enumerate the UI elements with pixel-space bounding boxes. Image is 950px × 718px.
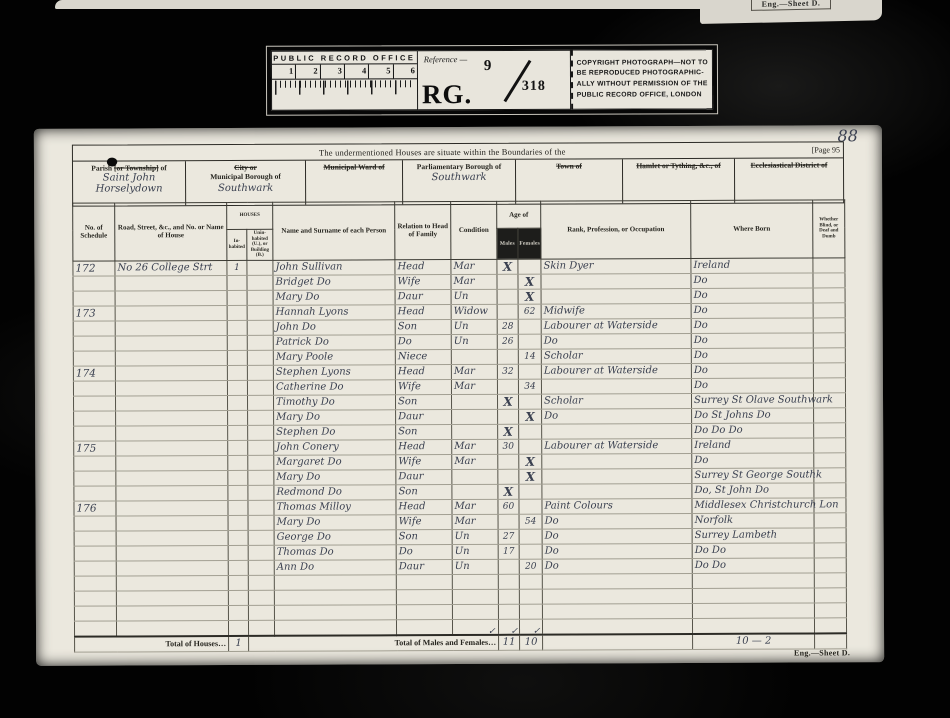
cell-age-female bbox=[519, 574, 542, 589]
cell-condition bbox=[452, 394, 498, 409]
cell-address bbox=[116, 410, 228, 425]
cell-age-female bbox=[518, 259, 541, 274]
cell-occupation bbox=[541, 288, 691, 304]
cell-schedule: 172 bbox=[73, 261, 115, 276]
cell-name: Margaret Do bbox=[274, 454, 396, 470]
cell-schedule: 175 bbox=[74, 440, 116, 455]
cell-schedule bbox=[73, 290, 115, 305]
cell-uninhabited bbox=[248, 590, 274, 605]
cell-schedule bbox=[74, 470, 116, 485]
cell-inhabited bbox=[228, 530, 248, 545]
cell-uninhabited bbox=[247, 320, 273, 335]
cell-age-male: 60 bbox=[498, 499, 519, 514]
cell-inhabited bbox=[228, 485, 248, 500]
cell-name: Redmond Do bbox=[274, 484, 396, 500]
cell-uninhabited bbox=[247, 335, 273, 350]
page-label: [Page 95 bbox=[812, 145, 840, 154]
district-value: Southwark bbox=[186, 182, 305, 194]
cell-age-male bbox=[498, 589, 519, 604]
cell-age-female: 54 bbox=[519, 514, 542, 529]
cell-age-male: 28 bbox=[497, 319, 518, 334]
cell-age-male bbox=[498, 604, 519, 619]
cell-born: Do Do Do bbox=[692, 422, 814, 438]
cell-condition bbox=[452, 409, 498, 424]
copyright-line: PUBLIC RECORD OFFICE, LONDON bbox=[577, 90, 708, 101]
copyright-line: COPYRIGHT PHOTOGRAPH—NOT TO bbox=[577, 58, 708, 69]
cell-born bbox=[692, 617, 814, 633]
totals-row: Total of Houses… 1 Total of Males and Fe… bbox=[75, 633, 847, 652]
cell-name: Ann Do bbox=[274, 559, 396, 575]
cell-age-female bbox=[519, 484, 542, 499]
cell-condition: Mar bbox=[451, 259, 497, 274]
cell-relation: Wife bbox=[395, 379, 451, 394]
series-code: RG. bbox=[422, 81, 472, 108]
cell-blind bbox=[814, 527, 846, 542]
pro-ruler: PUBLIC RECORD OFFICE 1 2 3 4 5 6 bbox=[271, 50, 418, 111]
cell-age-male: X bbox=[498, 394, 519, 409]
cell-age-male bbox=[498, 514, 519, 529]
district-label: Municipal Borough of bbox=[210, 172, 281, 181]
cell-born: Do bbox=[691, 317, 813, 333]
tick-marks: ✓ ✓ ✓ bbox=[488, 627, 546, 637]
cell-condition: Un bbox=[452, 529, 498, 544]
cell-relation: Son bbox=[396, 394, 452, 409]
adjacent-sheet-corner: Eng.—Sheet D. bbox=[700, 0, 882, 24]
cell-uninhabited bbox=[248, 575, 274, 590]
cell-born: Do bbox=[691, 332, 813, 348]
cell-age-female: X bbox=[518, 289, 541, 304]
cell-age-male bbox=[497, 289, 518, 304]
cell-condition: Mar bbox=[452, 439, 498, 454]
cell-age-female bbox=[519, 544, 542, 559]
cell-blind bbox=[813, 257, 845, 272]
cell-condition bbox=[452, 574, 498, 589]
cell-condition: Mar bbox=[452, 499, 498, 514]
ruler-number: 5 bbox=[369, 64, 393, 78]
cell-blind bbox=[814, 542, 846, 557]
cell-schedule: 174 bbox=[73, 365, 115, 380]
cell-occupation: Do bbox=[542, 513, 692, 529]
district-parliamentary: Parliamentary Borough of Southwark bbox=[403, 160, 516, 204]
cell-born: Ireland bbox=[691, 257, 813, 273]
copyright-notice: COPYRIGHT PHOTOGRAPH—NOT TO BE REPRODUCE… bbox=[571, 49, 714, 109]
census-table: No. of Schedule Road, Street, &c., and N… bbox=[72, 199, 847, 652]
cell-relation: Son bbox=[396, 424, 452, 439]
cell-schedule bbox=[73, 275, 115, 290]
cell-address bbox=[116, 440, 228, 455]
cell-born: Ireland bbox=[692, 437, 814, 453]
col-schedule: No. of Schedule bbox=[73, 203, 115, 261]
cell-address bbox=[116, 620, 228, 636]
cell-age-female: 34 bbox=[518, 379, 541, 394]
cell-relation: Head bbox=[395, 259, 451, 274]
ruler-ticks bbox=[275, 80, 414, 106]
cell-age-male: X bbox=[497, 259, 518, 274]
cell-occupation bbox=[542, 588, 692, 604]
cell-schedule bbox=[74, 560, 116, 575]
cell-blind bbox=[814, 587, 846, 602]
district-label-struck: Municipal Ward of bbox=[306, 162, 402, 172]
cell-blind bbox=[814, 572, 846, 587]
col-occupation: Rank, Profession, or Occupation bbox=[541, 200, 691, 258]
cell-born: Do bbox=[691, 362, 813, 378]
col-females: Females bbox=[518, 228, 541, 259]
cell-relation: Head bbox=[395, 364, 451, 379]
total-mf-label: Total of Males and Females… bbox=[249, 634, 499, 651]
cell-address bbox=[116, 455, 228, 470]
cell-relation: Do bbox=[395, 334, 451, 349]
cell-inhabited bbox=[228, 455, 248, 470]
cell-address bbox=[115, 335, 227, 350]
cell-age-male bbox=[498, 559, 519, 574]
district-label: Parliamentary Borough of bbox=[403, 162, 515, 172]
cell-born: Do bbox=[691, 377, 813, 393]
cell-inhabited bbox=[228, 590, 248, 605]
cell-relation: Daur bbox=[396, 559, 452, 574]
cell-name: Stephen Lyons bbox=[273, 364, 395, 380]
cell-schedule bbox=[74, 425, 116, 440]
district-value: Saint John Horselydown bbox=[73, 174, 185, 195]
adjacent-sheet-edge bbox=[55, 0, 703, 9]
cell-age-female bbox=[519, 529, 542, 544]
cell-age-male: 26 bbox=[497, 334, 518, 349]
cell-inhabited bbox=[228, 605, 248, 620]
cell-occupation bbox=[542, 453, 692, 469]
copyright-line: BE REPRODUCED PHOTOGRAPHIC- bbox=[577, 69, 708, 80]
cell-age-male bbox=[497, 349, 518, 364]
cell-uninhabited bbox=[248, 545, 274, 560]
census-page: 88 The undermentioned Houses are situate… bbox=[34, 125, 884, 666]
cell-schedule bbox=[74, 515, 116, 530]
cell-inhabited bbox=[228, 515, 248, 530]
cell-born: Norfolk bbox=[692, 512, 814, 528]
cell-occupation: Do bbox=[542, 408, 692, 424]
cell-blind bbox=[813, 317, 845, 332]
cell-inhabited bbox=[227, 305, 247, 320]
adjacent-sheet-label: Eng.—Sheet D. bbox=[751, 0, 832, 11]
cell-occupation bbox=[541, 273, 691, 289]
cell-schedule bbox=[73, 335, 115, 350]
district-town: Town of bbox=[516, 159, 623, 203]
cell-schedule bbox=[74, 620, 116, 636]
cell-age-female bbox=[518, 334, 541, 349]
cell-relation: Son bbox=[395, 319, 451, 334]
cell-age-male bbox=[498, 454, 519, 469]
cell-occupation: Midwife bbox=[541, 303, 691, 319]
cell-relation: Niece bbox=[395, 349, 451, 364]
cell-age-female bbox=[519, 439, 542, 454]
cell-occupation bbox=[542, 603, 692, 619]
cell-condition bbox=[452, 604, 498, 619]
district-ward: Municipal Ward of bbox=[306, 160, 403, 204]
cell-age-female bbox=[518, 364, 541, 379]
cell-inhabited bbox=[228, 440, 248, 455]
cell-name: Catherine Do bbox=[273, 379, 395, 395]
cell-blind bbox=[814, 512, 846, 527]
cell-blind bbox=[814, 407, 846, 422]
cell-address bbox=[115, 350, 227, 365]
cell-schedule bbox=[74, 545, 116, 560]
cell-name bbox=[274, 604, 396, 620]
cell-relation: Wife bbox=[396, 454, 452, 469]
cell-uninhabited bbox=[247, 350, 273, 365]
pro-office-title: PUBLIC RECORD OFFICE bbox=[272, 51, 417, 65]
cell-blind bbox=[813, 362, 845, 377]
col-relation: Relation to Head of Family bbox=[395, 202, 451, 260]
cell-occupation: Paint Colours bbox=[542, 498, 692, 514]
cell-name: Mary Do bbox=[273, 289, 395, 305]
cell-inhabited: 1 bbox=[227, 260, 247, 275]
cell-age-male bbox=[497, 304, 518, 319]
cell-uninhabited bbox=[248, 560, 274, 575]
cell-uninhabited bbox=[248, 455, 274, 470]
cell-uninhabited bbox=[248, 410, 274, 425]
cell-address bbox=[116, 560, 228, 575]
cell-schedule bbox=[74, 575, 116, 590]
cell-uninhabited bbox=[248, 440, 274, 455]
cell-uninhabited bbox=[247, 380, 273, 395]
cell-age-male: X bbox=[498, 484, 519, 499]
pro-reference-stamp: PUBLIC RECORD OFFICE 1 2 3 4 5 6 Referen… bbox=[266, 44, 718, 116]
cell-uninhabited bbox=[247, 275, 273, 290]
cell-address bbox=[115, 320, 227, 335]
cell-relation: Do bbox=[396, 544, 452, 559]
district-label-struck: Ecclesiastical District of bbox=[735, 160, 843, 170]
cell-age-male: 32 bbox=[497, 364, 518, 379]
cell-blind bbox=[813, 377, 845, 392]
cell-occupation: Scholar bbox=[542, 393, 692, 409]
cell-condition bbox=[452, 424, 498, 439]
cell-uninhabited bbox=[247, 260, 273, 275]
district-label-struck: Town of bbox=[516, 161, 622, 171]
cell-age-male: 17 bbox=[498, 544, 519, 559]
cell-inhabited bbox=[227, 350, 247, 365]
district-parish: Parish [or Township] of Saint John Horse… bbox=[73, 161, 186, 205]
district-label-struck: Hamlet or Tything, &c., of bbox=[623, 161, 734, 171]
cell-schedule: 176 bbox=[74, 500, 116, 515]
district-value: Southwark bbox=[403, 172, 515, 183]
cell-age-male bbox=[497, 274, 518, 289]
cell-age-male bbox=[497, 379, 518, 394]
cell-schedule bbox=[74, 410, 116, 425]
cell-inhabited bbox=[228, 560, 248, 575]
cell-age-female: X bbox=[519, 409, 542, 424]
cell-schedule bbox=[74, 590, 116, 605]
cell-schedule bbox=[73, 320, 115, 335]
cell-uninhabited bbox=[248, 605, 274, 620]
cell-schedule bbox=[74, 485, 116, 500]
cell-age-female bbox=[519, 499, 542, 514]
cell-schedule: 173 bbox=[73, 305, 115, 320]
form-header: The undermentioned Houses are situate wi… bbox=[72, 141, 844, 206]
col-inhabited: In-habited bbox=[227, 229, 247, 260]
cell-relation: Daur bbox=[395, 289, 451, 304]
cell-relation bbox=[396, 604, 452, 619]
cell-relation: Son bbox=[396, 484, 452, 499]
district-label-struck: [or Township] bbox=[114, 163, 159, 172]
district-row: Parish [or Township] of Saint John Horse… bbox=[73, 157, 843, 205]
cell-address bbox=[115, 365, 227, 380]
cell-relation: Wife bbox=[395, 274, 451, 289]
district-label: of bbox=[160, 163, 166, 172]
cell-address bbox=[115, 290, 227, 305]
ruler-scale: 1 2 3 4 5 6 bbox=[272, 64, 417, 80]
cell-address bbox=[116, 515, 228, 530]
cell-born: Middlesex Christchurch Lon bbox=[692, 497, 814, 513]
cell-inhabited bbox=[227, 365, 247, 380]
reference-label: Reference bbox=[424, 54, 467, 64]
cell-address bbox=[116, 470, 228, 485]
cell-uninhabited bbox=[248, 485, 274, 500]
cell-uninhabited bbox=[248, 515, 274, 530]
cell-uninhabited bbox=[248, 530, 274, 545]
district-label-struck: City or bbox=[234, 163, 257, 172]
cell-occupation: Do bbox=[542, 543, 692, 559]
cell-uninhabited bbox=[248, 620, 274, 636]
cell-uninhabited bbox=[248, 500, 274, 515]
cell-occupation: Skin Dyer bbox=[541, 258, 691, 274]
cell-address bbox=[116, 530, 228, 545]
cell-schedule bbox=[73, 380, 115, 395]
col-males: Males bbox=[497, 228, 518, 259]
boundary-title: The undermentioned Houses are situate wi… bbox=[319, 146, 566, 157]
cell-born: Do bbox=[691, 302, 813, 318]
cell-name: John Sullivan bbox=[273, 259, 395, 275]
cell-blind bbox=[814, 452, 846, 467]
cell-born bbox=[692, 602, 814, 618]
cell-born bbox=[692, 572, 814, 588]
cell-occupation: Do bbox=[542, 558, 692, 574]
cell-blind bbox=[813, 332, 845, 347]
col-houses: HOUSES bbox=[227, 202, 273, 229]
cell-age-female: X bbox=[519, 469, 542, 484]
cell-age-female bbox=[519, 589, 542, 604]
sheet-label: Eng.—Sheet D. bbox=[794, 648, 850, 657]
cell-condition: Un bbox=[452, 544, 498, 559]
cell-inhabited bbox=[227, 335, 247, 350]
cell-name: Mary Poole bbox=[273, 349, 395, 365]
cell-relation: Head bbox=[395, 304, 451, 319]
cell-relation: Son bbox=[396, 529, 452, 544]
cell-schedule bbox=[74, 530, 116, 545]
cell-age-male: X bbox=[498, 424, 519, 439]
cell-inhabited bbox=[228, 470, 248, 485]
cell-age-male bbox=[498, 469, 519, 484]
cell-schedule bbox=[73, 350, 115, 365]
cell-name: Bridget Do bbox=[273, 274, 395, 290]
ruler-number: 2 bbox=[296, 65, 320, 79]
cell-inhabited bbox=[227, 395, 247, 410]
cell-condition: Mar bbox=[452, 454, 498, 469]
ruler-number: 4 bbox=[345, 64, 369, 78]
cell-name: George Do bbox=[274, 529, 396, 545]
totals-right-tally: 10 — 2 bbox=[693, 633, 815, 649]
cell-address bbox=[116, 425, 228, 440]
cell-age-male bbox=[498, 409, 519, 424]
district-ecclesiastical: Ecclesiastical District of bbox=[735, 158, 843, 202]
cell-age-female bbox=[518, 319, 541, 334]
col-uninhabited: Unin-habited (U.), or Building (B.) bbox=[247, 229, 273, 260]
cell-occupation bbox=[542, 468, 692, 484]
col-blind: Whether Blind, or Deaf and Dumb bbox=[813, 200, 845, 258]
cell-relation: Head bbox=[396, 499, 452, 514]
totals-blank bbox=[815, 633, 847, 649]
cell-condition bbox=[452, 589, 498, 604]
cell-blind bbox=[813, 287, 845, 302]
cell-address bbox=[116, 500, 228, 515]
cell-relation bbox=[396, 574, 452, 589]
cell-address bbox=[116, 575, 228, 590]
cell-blind bbox=[814, 557, 846, 572]
cell-uninhabited bbox=[248, 470, 274, 485]
cell-age-female: 20 bbox=[519, 559, 542, 574]
cell-relation: Head bbox=[396, 439, 452, 454]
cell-age-female: 14 bbox=[518, 349, 541, 364]
total-houses-value: 1 bbox=[229, 635, 249, 651]
cell-age-female bbox=[519, 604, 542, 619]
cell-occupation: Scholar bbox=[541, 348, 691, 364]
cell-blind bbox=[814, 422, 846, 437]
cell-relation: Wife bbox=[396, 514, 452, 529]
cell-name bbox=[274, 574, 396, 590]
cell-condition: Mar bbox=[452, 514, 498, 529]
item-number: 318 bbox=[522, 79, 546, 95]
cell-born: Do bbox=[691, 272, 813, 288]
cell-condition bbox=[451, 349, 497, 364]
district-borough: City or Municipal Borough of Southwark bbox=[186, 161, 306, 206]
cell-condition: Un bbox=[451, 319, 497, 334]
cell-inhabited bbox=[228, 575, 248, 590]
total-houses-label: Total of Houses… bbox=[75, 636, 229, 652]
cell-uninhabited bbox=[247, 365, 273, 380]
cell-relation bbox=[396, 619, 452, 635]
cell-age-male bbox=[498, 574, 519, 589]
cell-relation: Daur bbox=[396, 469, 452, 484]
cell-condition: Mar bbox=[451, 379, 497, 394]
census-body: 172 No 26 College Strt 1 John Sullivan H… bbox=[73, 257, 847, 636]
district-hamlet: Hamlet or Tything, &c., of bbox=[623, 159, 735, 203]
cell-blind bbox=[814, 602, 846, 617]
cell-inhabited bbox=[227, 290, 247, 305]
cell-condition bbox=[452, 469, 498, 484]
cell-address bbox=[115, 395, 227, 410]
cell-inhabited bbox=[228, 620, 248, 636]
cell-occupation: Labourer at Waterside bbox=[541, 363, 691, 379]
cell-address bbox=[116, 545, 228, 560]
cell-inhabited bbox=[228, 425, 248, 440]
cell-inhabited bbox=[227, 320, 247, 335]
copyright-line: ALLY WITHOUT PERMISSION OF THE bbox=[577, 79, 708, 90]
cell-blind bbox=[814, 617, 846, 633]
cell-address bbox=[116, 485, 228, 500]
ruler-number: 1 bbox=[272, 65, 296, 79]
cell-name: Timothy Do bbox=[274, 394, 396, 410]
cell-schedule bbox=[74, 605, 116, 620]
cell-condition: Mar bbox=[451, 274, 497, 289]
cell-born: Do Do bbox=[692, 557, 814, 573]
cell-schedule bbox=[73, 395, 115, 410]
ruler-number: 6 bbox=[394, 64, 417, 78]
cell-occupation: Labourer at Waterside bbox=[541, 318, 691, 334]
cell-condition: Un bbox=[451, 289, 497, 304]
cell-address bbox=[115, 380, 227, 395]
cell-age-female: X bbox=[518, 274, 541, 289]
cell-age-male: 30 bbox=[498, 439, 519, 454]
cell-relation: Daur bbox=[396, 409, 452, 424]
cell-name: Stephen Do bbox=[274, 424, 396, 440]
cell-condition: Un bbox=[452, 559, 498, 574]
cell-occupation bbox=[542, 618, 692, 634]
